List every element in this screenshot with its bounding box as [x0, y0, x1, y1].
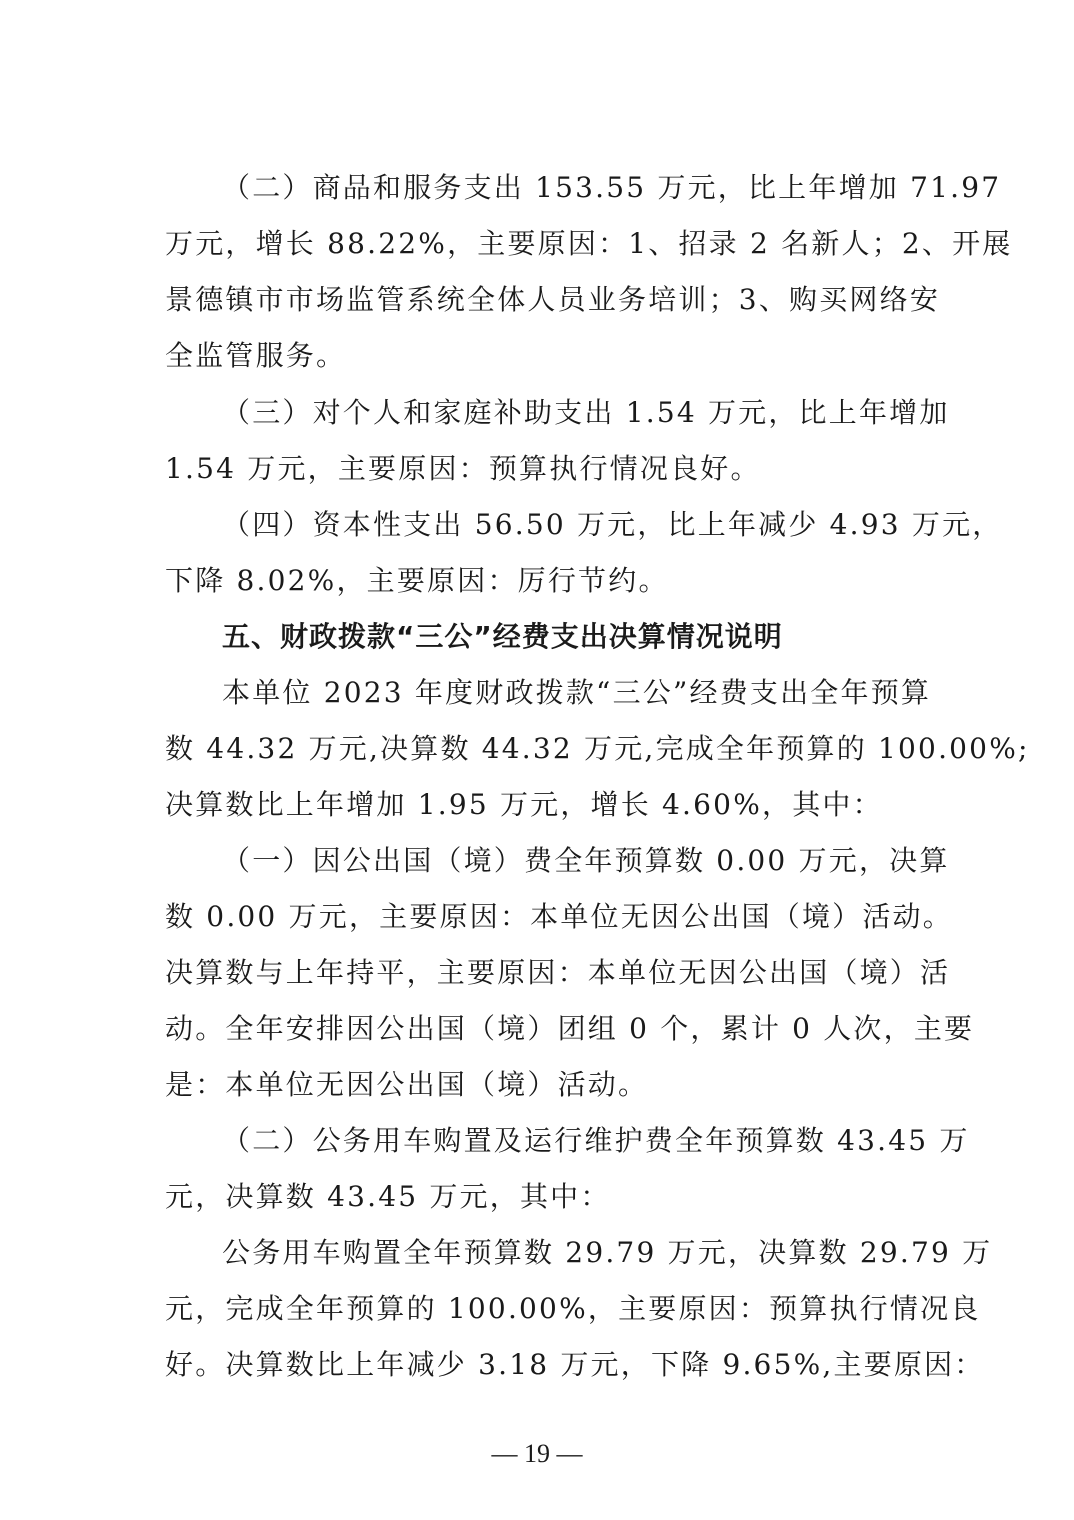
paragraph-vehicle-expense-line-2: 元，决算数 43.45 万元，其中：: [165, 1177, 913, 1217]
paragraph-overseas-trips-line-5: 是：本单位无因公出国（境）活动。: [165, 1065, 913, 1105]
paragraph-overseas-trips-line-3: 决算数与上年持平，主要原因：本单位无因公出国（境）活: [165, 953, 913, 993]
paragraph-goods-services-line-2: 万元，增长 88.22%，主要原因：1、招录 2 名新人；2、开展: [165, 224, 913, 264]
page-number: — 19 —: [0, 1436, 1074, 1472]
paragraph-household-subsidy-line-1: （三）对个人和家庭补助支出 1.54 万元，比上年增加: [222, 393, 913, 433]
paragraph-three-public-summary-line-1: 本单位 2023 年度财政拨款“三公”经费支出全年预算: [222, 673, 913, 713]
paragraph-capital-expense-line-1: （四）资本性支出 56.50 万元，比上年减少 4.93 万元，: [222, 505, 913, 545]
section-heading-three-public-expenses: 五、财政拨款“三公”经费支出决算情况说明: [222, 617, 913, 657]
paragraph-vehicle-expense-line-1: （二）公务用车购置及运行维护费全年预算数 43.45 万: [222, 1121, 913, 1161]
paragraph-goods-services-line-3: 景德镇市市场监管系统全体人员业务培训；3、购买网络安: [165, 280, 913, 320]
paragraph-vehicle-purchase-line-3: 好。决算数比上年减少 3.18 万元，下降 9.65%,主要原因：: [165, 1345, 913, 1385]
paragraph-overseas-trips-line-1: （一）因公出国（境）费全年预算数 0.00 万元，决算: [222, 841, 913, 881]
paragraph-vehicle-purchase-line-2: 元，完成全年预算的 100.00%，主要原因：预算执行情况良: [165, 1289, 913, 1329]
paragraph-goods-services-line-4: 全监管服务。: [165, 336, 913, 376]
paragraph-capital-expense-line-2: 下降 8.02%，主要原因：厉行节约。: [165, 561, 913, 601]
paragraph-goods-services-line-1: （二）商品和服务支出 153.55 万元，比上年增加 71.97: [222, 168, 913, 208]
paragraph-vehicle-purchase-line-1: 公务用车购置全年预算数 29.79 万元，决算数 29.79 万: [222, 1233, 913, 1273]
paragraph-overseas-trips-line-4: 动。全年安排因公出国（境）团组 0 个，累计 0 人次，主要: [165, 1009, 913, 1049]
paragraph-three-public-summary-line-3: 决算数比上年增加 1.95 万元，增长 4.60%，其中：: [165, 785, 913, 825]
paragraph-overseas-trips-line-2: 数 0.00 万元，主要原因：本单位无因公出国（境）活动。: [165, 897, 913, 937]
paragraph-three-public-summary-line-2: 数 44.32 万元,决算数 44.32 万元,完成全年预算的 100.00%;: [165, 729, 913, 769]
paragraph-household-subsidy-line-2: 1.54 万元，主要原因：预算执行情况良好。: [165, 449, 913, 489]
